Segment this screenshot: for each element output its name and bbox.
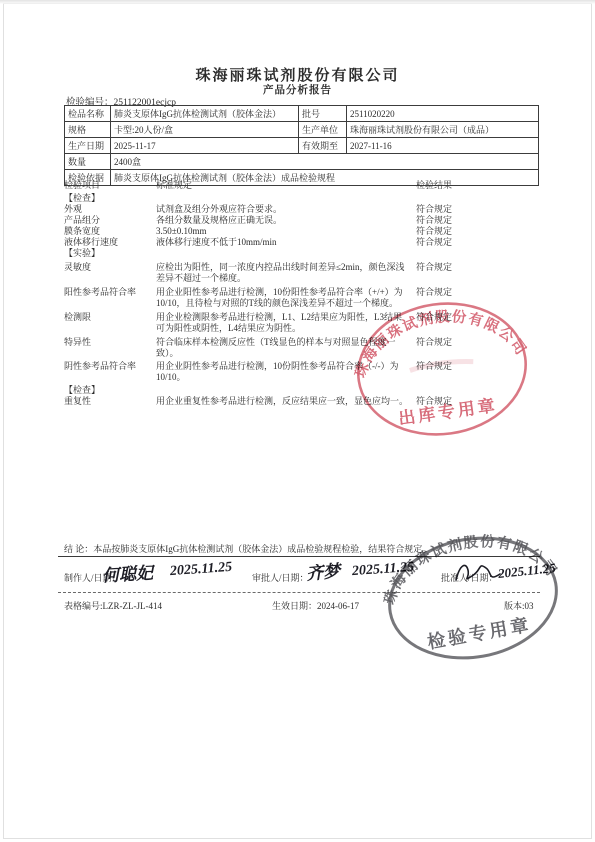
spec-standard: 符合临床样本检测反应性（T线显色的样本与对照显色程度一致）。 — [156, 337, 408, 359]
spec-item: 特异性 — [64, 337, 156, 348]
table-row: 检品名称 肺炎支原体IgG抗体检测试剂（胶体金法） 批号 2511020220 — [65, 106, 539, 122]
table-row: 数量 2400盒 — [65, 154, 539, 170]
approver-signature-scribble — [452, 560, 504, 586]
info-value: 2027-11-16 — [347, 138, 539, 154]
spec-header-item: 检验项目 — [64, 180, 156, 191]
spec-header-row: 检验项目 标准规定 检验结果 — [64, 180, 542, 191]
spec-item: 外观 — [64, 204, 156, 215]
spec-item: 液体移行速度 — [64, 237, 156, 248]
spec-item: 灵敏度 — [64, 262, 156, 273]
info-value: 2511020220 — [347, 106, 539, 122]
spec-result: 符合规定 — [416, 337, 452, 348]
spec-section: 检验项目 标准规定 检验结果 【检查】 外观 试剂盒及组分外观应符合要求。 符合… — [64, 180, 542, 407]
info-label: 生产单位 — [299, 122, 347, 138]
spec-section-row: 【检查】 — [64, 193, 542, 204]
info-label: 有效期至 — [299, 138, 347, 154]
divider-solid — [58, 556, 540, 557]
info-label: 数量 — [65, 154, 111, 170]
spec-standard: 试剂盒及组分外观应符合要求。 — [156, 204, 408, 215]
info-value: 2400盒 — [111, 154, 539, 170]
spec-item: 【检查】 — [64, 193, 156, 204]
spec-row: 膜条宽度 3.50±0.10mm 符合规定 — [64, 226, 542, 237]
spec-row: 液体移行速度 液体移行速度不低于10mm/min 符合规定 — [64, 237, 542, 248]
info-label: 批号 — [299, 106, 347, 122]
spec-section-row: 【实验】 — [64, 248, 542, 259]
scan-edge-shadow — [0, 0, 595, 4]
divider-dashed — [58, 592, 540, 593]
spec-item: 【实验】 — [64, 248, 156, 259]
conclusion-line: 结 论：本品按肺炎支原体IgG抗体检测试剂（胶体金法）成品检验规程检验，结果符合… — [64, 542, 542, 555]
reviewer-signature: 齐梦 — [305, 557, 341, 585]
maker-signature: 何聪妃 — [101, 559, 153, 587]
spec-row: 灵敏度 应检出为阳性，同一浓度内控品出线时间差异≤2min，颜色深浅差异不超过一… — [64, 262, 542, 284]
spec-result: 符合规定 — [416, 361, 452, 372]
spec-item: 膜条宽度 — [64, 226, 156, 237]
info-value: 珠海丽珠试剂股份有限公司（成品） — [347, 122, 539, 138]
spec-standard: 用企业重复性参考品进行检测，反应结果应一致，显色应均一。 — [156, 396, 408, 407]
spec-result: 符合规定 — [416, 237, 452, 248]
spec-item: 阳性参考品符合率 — [64, 287, 156, 298]
info-label: 生产日期 — [65, 138, 111, 154]
spec-result: 符合规定 — [416, 215, 452, 226]
table-row: 规格 卡型:20人份/盒 生产单位 珠海丽珠试剂股份有限公司（成品） — [65, 122, 539, 138]
spec-item: 产品组分 — [64, 215, 156, 226]
spec-row: 特异性 符合临床样本检测反应性（T线显色的样本与对照显色程度一致）。 符合规定 — [64, 337, 542, 359]
conclusion-text: 本品按肺炎支原体IgG抗体检测试剂（胶体金法）成品检验规程检验，结果符合规定。 — [93, 544, 431, 554]
spec-row: 阳性参考品符合率 用企业阳性参考品进行检测，10份阳性参考品符合率（+/+）为1… — [64, 287, 542, 309]
spec-result: 符合规定 — [416, 204, 452, 215]
spec-item: 【检查】 — [64, 385, 156, 396]
spec-row: 产品组分 各组分数量及规格应正确无误。 符合规定 — [64, 215, 542, 226]
reviewer-label: 审批人/日期： — [252, 571, 309, 584]
spec-header-result: 检验结果 — [416, 180, 452, 191]
product-info-table: 检品名称 肺炎支原体IgG抗体检测试剂（胶体金法） 批号 2511020220 … — [64, 105, 539, 186]
scanned-report-page: 珠海丽珠试剂股份有限公司 产品分析报告 检验编号：251122001ecjcp … — [0, 0, 595, 842]
spec-section-row: 【检查】 — [64, 385, 542, 396]
spec-item: 重复性 — [64, 396, 156, 407]
spec-standard: 用企业检测限参考品进行检测，L1、L2结果应为阳性，L3结果可为阳性或阴性，L4… — [156, 312, 408, 334]
spec-result: 符合规定 — [416, 312, 452, 323]
spec-standard: 各组分数量及规格应正确无误。 — [156, 215, 408, 226]
spec-row: 阴性参考品符合率 用企业阴性参考品进行检测，10份阴性参考品符合率（-/-）为1… — [64, 361, 542, 383]
approver-date-handwritten: 2025.11.25 — [497, 560, 556, 582]
spec-result: 符合规定 — [416, 226, 452, 237]
inspection-stamp-center-text: 检验专用章 — [426, 614, 533, 653]
effective-date: 生效日期：2024-06-17 — [272, 599, 359, 612]
info-value: 2025-11-17 — [111, 138, 299, 154]
conclusion-label: 结 论： — [64, 544, 93, 554]
spec-row: 外观 试剂盒及组分外观应符合要求。 符合规定 — [64, 204, 542, 215]
info-label: 规格 — [65, 122, 111, 138]
form-number: 表格编号:LZR-ZL-JL-414 — [64, 599, 162, 612]
spec-item: 检测限 — [64, 312, 156, 323]
spec-standard: 用企业阴性参考品进行检测，10份阴性参考品符合率（-/-）为10/10。 — [156, 361, 408, 383]
spec-result: 符合规定 — [416, 262, 452, 273]
maker-date-handwritten: 2025.11.25 — [170, 560, 233, 580]
info-label: 检品名称 — [65, 106, 111, 122]
spec-standard: 应检出为阳性，同一浓度内控品出线时间差异≤2min，颜色深浅差异不超过一个梯度。 — [156, 262, 408, 284]
spec-result: 符合规定 — [416, 287, 452, 298]
spec-standard: 液体移行速度不低于10mm/min — [156, 237, 408, 248]
info-value: 卡型:20人份/盒 — [111, 122, 299, 138]
spec-header-standard: 标准规定 — [156, 180, 408, 191]
spec-row: 重复性 用企业重复性参考品进行检测，反应结果应一致，显色应均一。 符合规定 — [64, 396, 542, 407]
reviewer-date-handwritten: 2025.11.25 — [352, 560, 415, 580]
spec-result: 符合规定 — [416, 396, 452, 407]
spec-item: 阴性参考品符合率 — [64, 361, 156, 372]
spec-row: 检测限 用企业检测限参考品进行检测，L1、L2结果应为阳性，L3结果可为阳性或阴… — [64, 312, 542, 334]
version-number: 版本:03 — [504, 599, 534, 612]
spec-standard: 3.50±0.10mm — [156, 226, 408, 237]
spec-standard: 用企业阳性参考品进行检测，10份阳性参考品符合率（+/+）为10/10，且待检与… — [156, 287, 408, 309]
table-row: 生产日期 2025-11-17 有效期至 2027-11-16 — [65, 138, 539, 154]
info-value: 肺炎支原体IgG抗体检测试剂（胶体金法） — [111, 106, 299, 122]
